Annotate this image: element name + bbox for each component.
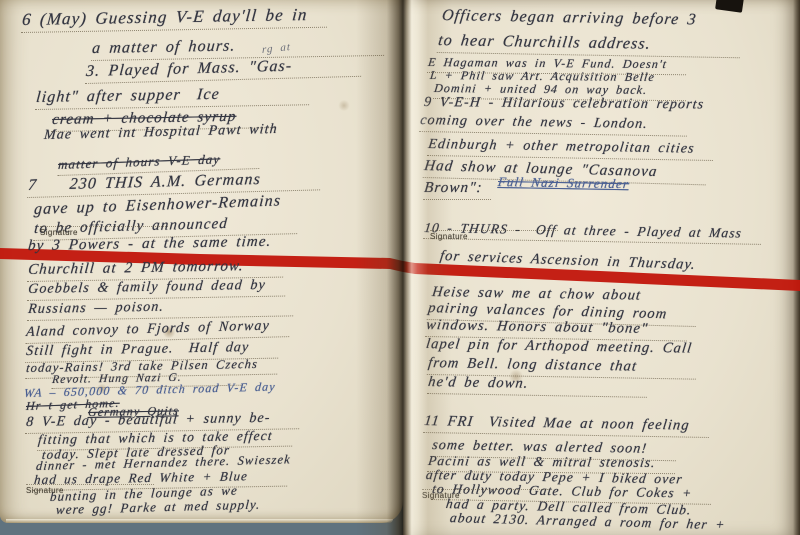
signature-label: Signature: [40, 226, 168, 237]
signature-label: Signature: [422, 489, 550, 500]
diary-line: he'd be down.: [427, 374, 650, 398]
diary-spread: 6 (May) Guessing V-E day'll be in a matt…: [0, 0, 800, 535]
diary-line: 9 V-E-H - Hilarious celebration reports: [423, 95, 705, 113]
diary-line: Brown":: [423, 180, 494, 200]
diary-line: Full Nazi Surrender: [497, 174, 630, 192]
signature-label: Signature: [430, 230, 558, 241]
signature-label: Signature: [26, 484, 154, 495]
